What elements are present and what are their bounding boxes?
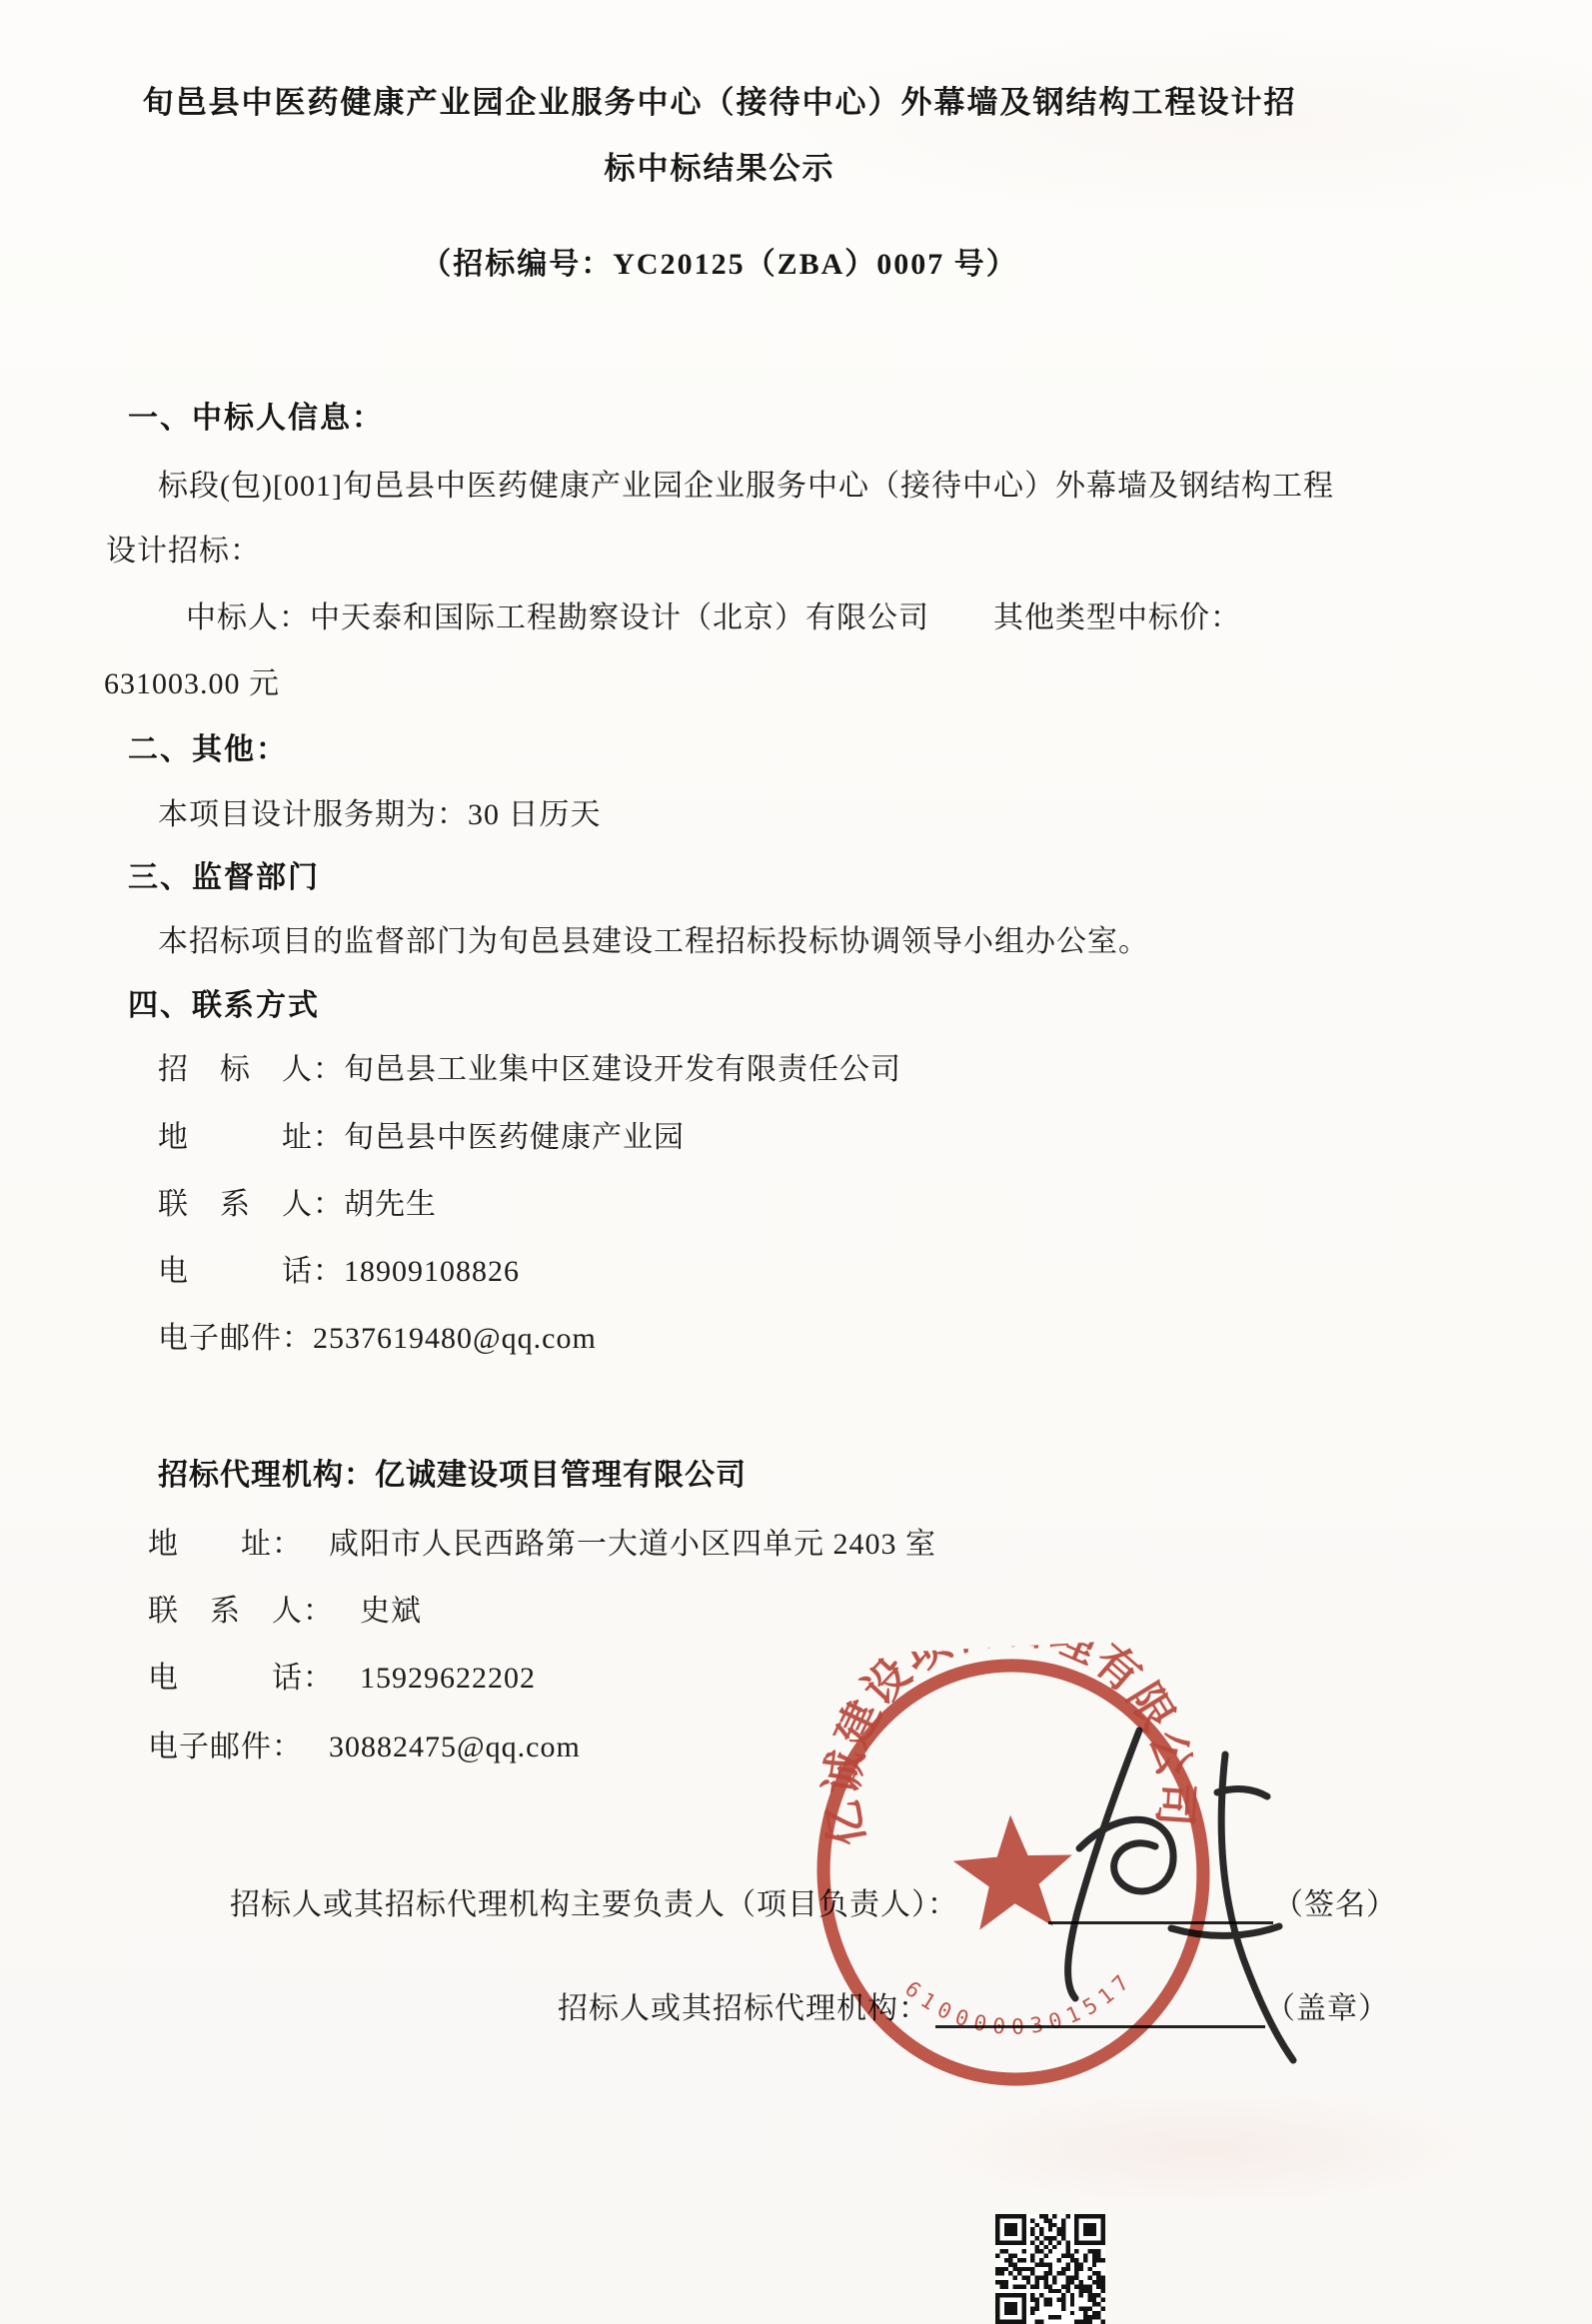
handwritten-signature xyxy=(1021,1697,1311,2086)
agency-address-value: 咸阳市人民西路第一大道小区四单元 2403 室 xyxy=(329,1528,936,1561)
tenderer-contact-label: 联 系 人： xyxy=(158,1188,344,1221)
agency-phone-row: 电 话：15929622202 xyxy=(148,1660,536,1698)
section2-paragraph: 本项目设计服务期为：30 日历天 xyxy=(158,796,602,834)
tenderer-name-value: 旬邑县工业集中区建设开发有限责任公司 xyxy=(344,1053,901,1086)
agency-email-row: 电子邮件：30882475@qq.com xyxy=(148,1729,581,1766)
winner-line: 中标人：中天泰和国际工程勘察设计（北京）有限公司其他类型中标价： xyxy=(186,599,1241,637)
section1-heading: 一、中标人信息： xyxy=(128,400,384,438)
winner-name: 中天泰和国际工程勘察设计（北京）有限公司 xyxy=(310,601,929,634)
tenderer-phone-label: 电 话： xyxy=(158,1255,344,1288)
section3-paragraph: 本招标项目的监督部门为旬邑县建设工程招标投标协调领导小组办公室。 xyxy=(158,923,1149,961)
section4-heading: 四、联系方式 xyxy=(128,987,320,1025)
section1-paragraph-line2: 设计招标： xyxy=(106,533,261,571)
section1-paragraph-line1: 标段(包)[001]旬邑县中医药健康产业园企业服务中心（接待中心）外幕墙及钢结构… xyxy=(158,468,1334,506)
winner-price-value: 631003.00 元 xyxy=(104,665,280,703)
tenderer-name-row: 招 标 人：旬邑县工业集中区建设开发有限责任公司 xyxy=(158,1051,901,1089)
tenderer-address-label: 地 址： xyxy=(158,1121,344,1154)
qr-code xyxy=(994,2214,1106,2324)
section2-heading: 二、其他： xyxy=(128,731,288,769)
tenderer-contact-row: 联 系 人：胡先生 xyxy=(158,1186,437,1224)
agency-name-value: 亿诚建设项目管理有限公司 xyxy=(375,1459,747,1492)
tenderer-contact-value: 胡先生 xyxy=(344,1188,437,1221)
document-page: 旬邑县中医药健康产业园企业服务中心（接待中心）外幕墙及钢结构工程设计招 标中标结… xyxy=(0,0,1592,2324)
document-title-line2: 标中标结果公示 xyxy=(0,150,1439,188)
agency-name-label: 招标代理机构： xyxy=(158,1459,375,1492)
winner-label: 中标人： xyxy=(186,601,310,634)
bid-number: （招标编号：YC20125（ZBA）0007 号） xyxy=(0,246,1439,284)
tenderer-email-value: 2537619480@qq.com xyxy=(313,1322,597,1355)
agency-name-row: 招标代理机构：亿诚建设项目管理有限公司 xyxy=(158,1457,747,1495)
agency-email-label: 电子邮件： xyxy=(148,1731,303,1763)
winner-price-label: 其他类型中标价： xyxy=(993,601,1241,634)
agency-phone-value: 15929622202 xyxy=(360,1662,536,1695)
agency-contact-value: 史斌 xyxy=(360,1595,422,1628)
document-title-line1: 旬邑县中医药健康产业园企业服务中心（接待中心）外幕墙及钢结构工程设计招 xyxy=(0,84,1439,122)
agency-phone-label: 电 话： xyxy=(148,1662,334,1695)
agency-address-row: 地 址：咸阳市人民西路第一大道小区四单元 2403 室 xyxy=(148,1526,936,1564)
agency-email-value: 30882475@qq.com xyxy=(329,1731,581,1763)
tenderer-name-label: 招 标 人： xyxy=(158,1053,344,1086)
tenderer-email-row: 电子邮件：2537619480@qq.com xyxy=(158,1320,597,1358)
tenderer-email-label: 电子邮件： xyxy=(158,1322,313,1355)
section3-heading: 三、监督部门 xyxy=(128,859,320,897)
tenderer-phone-row: 电 话：18909108826 xyxy=(158,1253,520,1291)
agency-contact-label: 联 系 人： xyxy=(148,1595,334,1628)
tenderer-phone-value: 18909108826 xyxy=(344,1255,520,1288)
agency-contact-row: 联 系 人：史斌 xyxy=(148,1593,422,1631)
agency-address-label: 地 址： xyxy=(148,1528,303,1561)
tenderer-address-row: 地 址：旬邑县中医药健康产业园 xyxy=(158,1119,685,1157)
tenderer-address-value: 旬邑县中医药健康产业园 xyxy=(344,1121,685,1154)
